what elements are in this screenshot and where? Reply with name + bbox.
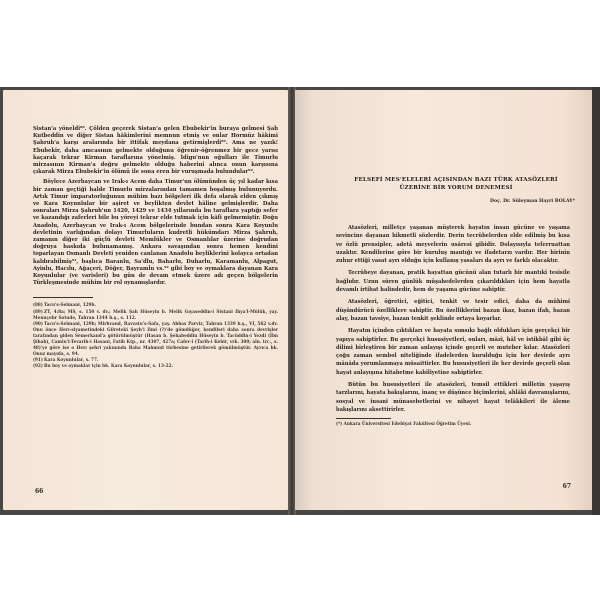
footnote-rule bbox=[336, 418, 391, 419]
right-paragraph-1: Atasözleri, milletçe yaşanan müşterek ha… bbox=[336, 224, 570, 265]
right-page-number: 67 bbox=[563, 483, 571, 490]
footnote-92: (92)Bu boy ve oymaklar için bk. Kara Koy… bbox=[33, 363, 278, 369]
left-page-number: 66 bbox=[35, 488, 43, 495]
left-page-body: Sistan'a yöneldi⁸⁸. Çölden geçerek Sista… bbox=[33, 126, 278, 370]
article-title-line-1: FELSEFİ MES'ELELERİ AÇISINDAN BAZI TÜRK … bbox=[336, 177, 576, 185]
left-paragraph-1: Sistan'a yöneldi⁸⁸. Çölden geçerek Sista… bbox=[33, 126, 278, 176]
article-title-line-2: ÜZERİNE BİR YORUM DENEMESİ bbox=[336, 185, 576, 193]
left-paragraph-2: Böylece Azerbaycan ve Irak-ı Acem daha T… bbox=[33, 179, 278, 287]
right-paragraph-3: Atasözleri, öğretici, eğitici, tenkit ve… bbox=[336, 298, 570, 323]
author-footnote: (*) Ankara Üniversitesi Edebiyat Fakülte… bbox=[336, 421, 570, 427]
right-page: FELSEFİ MES'ELELERİ AÇISINDAN BAZI TÜRK … bbox=[295, 90, 593, 510]
right-paragraph-4: Hayatın içinden çıktıkları ve hayata sım… bbox=[336, 327, 570, 377]
open-book: Sistan'a yöneldi⁸⁸. Çölden geçerek Sista… bbox=[0, 87, 600, 515]
right-paragraph-2: Tecrübeye dayanan, pratik hayattan gücün… bbox=[336, 269, 570, 294]
article-title: FELSEFİ MES'ELELERİ AÇISINDAN BAZI TÜRK … bbox=[336, 177, 576, 192]
left-footnotes: (88)Tacu's-Selmani, 129b. (89)ZT, 4:8a; … bbox=[33, 302, 278, 369]
left-page: Sistan'a yöneldi⁸⁸. Çölden geçerek Sista… bbox=[3, 90, 288, 510]
right-paragraph-5: Bütün bu hususiyetleri ile atasözleri, t… bbox=[336, 381, 570, 414]
book-edge bbox=[592, 87, 600, 515]
article-author: Doç. Dr. Süleyman Hayri BOLAY* bbox=[490, 199, 575, 204]
footnote-90: (90)Tacu's-Selmani, 129b; Mirhvand, Ravz… bbox=[33, 321, 278, 358]
right-page-body: Atasözleri, milletçe yaşanan müşterek ha… bbox=[336, 220, 570, 427]
footnote-rule bbox=[33, 297, 93, 298]
footnote-89: (89)ZT, 4:8a; MS, s. 150 v. dv.; Melik Ş… bbox=[33, 309, 278, 321]
